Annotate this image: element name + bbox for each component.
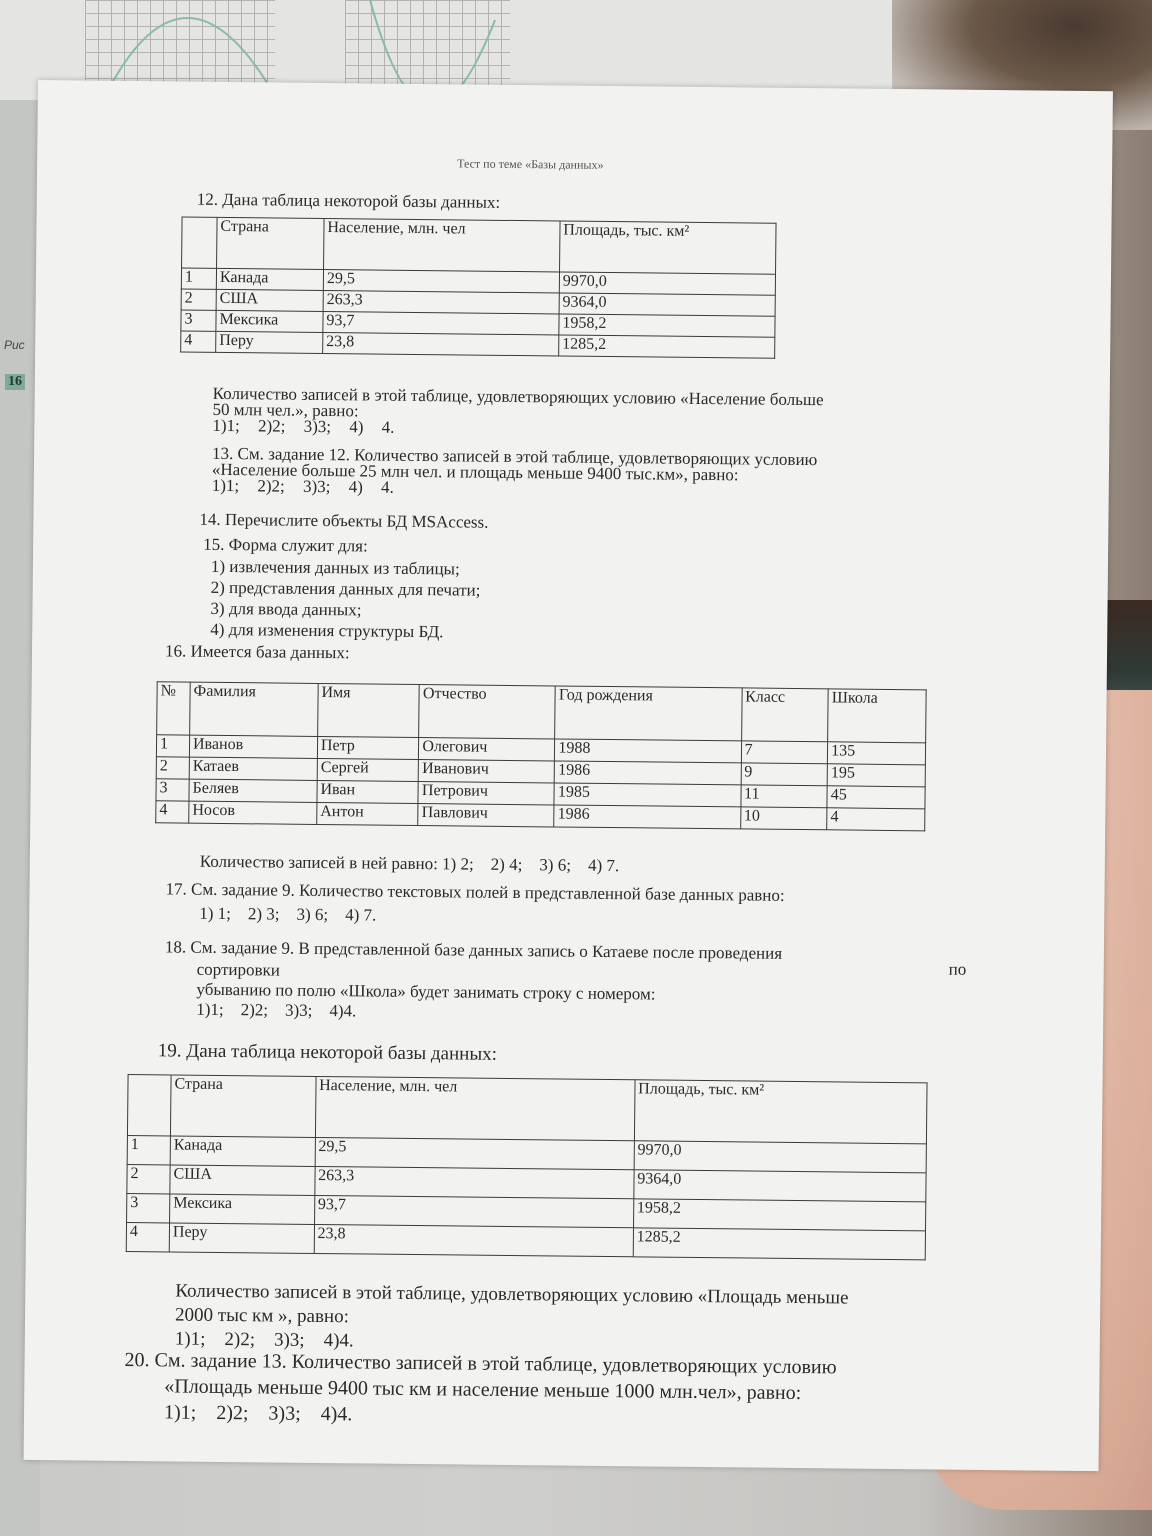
cell: Перу	[216, 331, 323, 353]
cell: США	[170, 1165, 315, 1196]
q15-option: 2) представления данных для печати;	[211, 578, 481, 600]
cell: 9364,0	[634, 1170, 927, 1202]
cell: Мексика	[170, 1194, 315, 1225]
cell: Петр	[317, 736, 419, 759]
q18-answers: 1)1; 2)2; 3)3; 4)4.	[196, 1000, 356, 1021]
cell: Иванов	[189, 735, 317, 758]
table-header-row: Страна Население, млн. чел Площадь, тыс.…	[182, 217, 777, 274]
q18-text-1: 18. См. задание 9. В представленной базе…	[165, 937, 782, 962]
q19-text-1: Количество записей в этой таблице, удовл…	[175, 1282, 848, 1308]
cell: 1985	[554, 783, 740, 807]
cell: 29,5	[315, 1137, 634, 1169]
cell: 11	[740, 785, 827, 808]
cell: 9364,0	[559, 293, 775, 316]
cell: 1	[156, 735, 189, 757]
cell: Иван	[317, 780, 419, 803]
header-cell: Страна	[170, 1075, 315, 1138]
cell: США	[216, 289, 323, 311]
cell: 1285,2	[559, 335, 775, 358]
cell: 9970,0	[559, 272, 775, 295]
header-cell: Класс	[741, 688, 828, 742]
page-header: Тест по теме «Базы данных»	[457, 156, 603, 173]
background-badge: 16	[5, 374, 25, 390]
table-header-row: № Фамилия Имя Отчество Год рождения Клас…	[157, 682, 927, 743]
header-cell: Население, млн. чел	[315, 1076, 635, 1140]
answer: 3)3;	[304, 417, 332, 436]
cell: Беляев	[189, 779, 317, 802]
header-cell: №	[157, 682, 191, 735]
cell: Петрович	[418, 782, 554, 805]
answer: 1)1;	[212, 416, 240, 435]
answer: 4) 4.	[349, 477, 394, 496]
q20-text-1: 20. См. задание 13. Количество записей в…	[124, 1351, 836, 1377]
cell: 10	[740, 807, 827, 830]
cell: 1986	[554, 805, 740, 829]
cell: 195	[827, 764, 925, 787]
cell: 2	[156, 757, 189, 779]
cell: 1	[181, 268, 216, 289]
background-caption: Рис	[4, 338, 25, 352]
header-cell: Год рождения	[555, 686, 742, 741]
cell: 4	[827, 808, 925, 831]
header-cell: Отчество	[419, 685, 556, 739]
q12-title: 12. Дана таблица некоторой базы данных:	[197, 190, 501, 212]
q16-table: № Фамилия Имя Отчество Год рождения Клас…	[155, 681, 926, 831]
cell: 263,3	[323, 290, 559, 313]
cell: 7	[741, 741, 828, 764]
cell: Мексика	[216, 310, 323, 332]
cell: 45	[827, 786, 925, 809]
q18-text-tail: по	[949, 960, 967, 979]
cell: Иванович	[419, 760, 555, 783]
cell: 93,7	[323, 311, 559, 334]
q15-option: 1) извлечения данных из таблицы;	[211, 557, 460, 579]
cell: Перу	[169, 1223, 314, 1254]
cell: 3	[156, 779, 189, 801]
cell: 1988	[555, 739, 741, 763]
header-cell: Фамилия	[190, 682, 318, 736]
header-cell: Имя	[318, 683, 420, 737]
header-cell: Страна	[217, 217, 324, 269]
cell: 4	[181, 331, 216, 352]
cell: Антон	[317, 802, 419, 825]
q12-answers: 1)1; 2)2; 3)3; 4) 4.	[212, 416, 394, 437]
cell: Павлович	[418, 804, 554, 827]
cell: 3	[181, 310, 216, 331]
q19-text-2: 2000 тыс км », равно:	[175, 1306, 349, 1327]
cell: 9970,0	[634, 1141, 927, 1173]
cell: 1285,2	[633, 1228, 926, 1260]
q14-text: 14. Перечислите объекты БД MSAccess.	[199, 510, 488, 532]
answer: 2)2;	[258, 416, 286, 435]
table-header-row: Страна Население, млн. чел Площадь, тыс.…	[127, 1074, 927, 1143]
cell: 2	[181, 289, 216, 310]
q18-text-2: сортировки	[197, 960, 280, 980]
cell: Сергей	[317, 758, 419, 781]
answer: 2)2;	[257, 476, 285, 495]
cell: 4	[156, 801, 189, 823]
header-cell	[182, 217, 218, 268]
cell: 1	[127, 1135, 170, 1164]
cell: 9	[741, 763, 828, 786]
cell: 1958,2	[633, 1199, 926, 1231]
q19-table: Страна Население, млн. чел Площадь, тыс.…	[126, 1074, 928, 1260]
header-cell: Площадь, тыс. км²	[559, 221, 776, 274]
cell: 23,8	[323, 332, 559, 355]
cell: Катаев	[189, 757, 317, 780]
cell: 263,3	[314, 1166, 633, 1198]
q19-answers: 1)1; 2)2; 3)3; 4)4.	[175, 1330, 354, 1351]
cell: 4	[126, 1222, 169, 1251]
q20-text-2: «Площадь меньше 9400 тыс км и население …	[164, 1377, 801, 1403]
q13-answers: 1)1; 2)2; 3)3; 4) 4.	[212, 476, 394, 497]
cell: 23,8	[314, 1224, 633, 1256]
header-cell: Школа	[828, 689, 926, 743]
answer: 3)3;	[303, 477, 331, 496]
cell: Канада	[216, 268, 323, 290]
cell: 3	[127, 1193, 170, 1222]
q16-title: 16. Имеется база данных:	[165, 641, 350, 662]
header-cell	[127, 1074, 171, 1135]
q12-table: Страна Население, млн. чел Площадь, тыс.…	[180, 217, 776, 359]
q20-answers: 1)1; 2)2; 3)3; 4)4.	[164, 1403, 353, 1424]
header-cell: Площадь, тыс. км²	[634, 1080, 927, 1144]
q15-option: 3) для ввода данных;	[210, 599, 361, 620]
test-sheet: Тест по теме «Базы данных» 12. Дана табл…	[24, 80, 1113, 1471]
header-cell: Население, млн. чел	[323, 219, 559, 272]
cell: 2	[127, 1164, 170, 1193]
cell: Носов	[189, 801, 317, 824]
q19-title: 19. Дана таблица некоторой базы данных:	[158, 1041, 497, 1064]
cell: 1986	[555, 761, 741, 785]
answer: 4) 4.	[349, 417, 394, 436]
cell: 93,7	[314, 1195, 633, 1227]
q17-text: 17. См. задание 9. Количество текстовых …	[165, 879, 784, 904]
cell: Канада	[170, 1136, 315, 1167]
q16-question: Количество записей в ней равно: 1) 2; 2)…	[200, 852, 620, 875]
q15-title: 15. Форма служит для:	[203, 535, 368, 556]
cell: 29,5	[323, 269, 559, 292]
parabola-graph-2	[345, 0, 510, 96]
cell: 135	[828, 742, 926, 765]
q15-option: 4) для изменения структуры БД.	[210, 620, 443, 641]
q17-answers: 1) 1; 2) 3; 3) 6; 4) 7.	[199, 904, 376, 925]
cell: 1958,2	[559, 314, 775, 337]
answer: 1)1;	[212, 476, 240, 495]
cell: Олегович	[419, 738, 555, 761]
